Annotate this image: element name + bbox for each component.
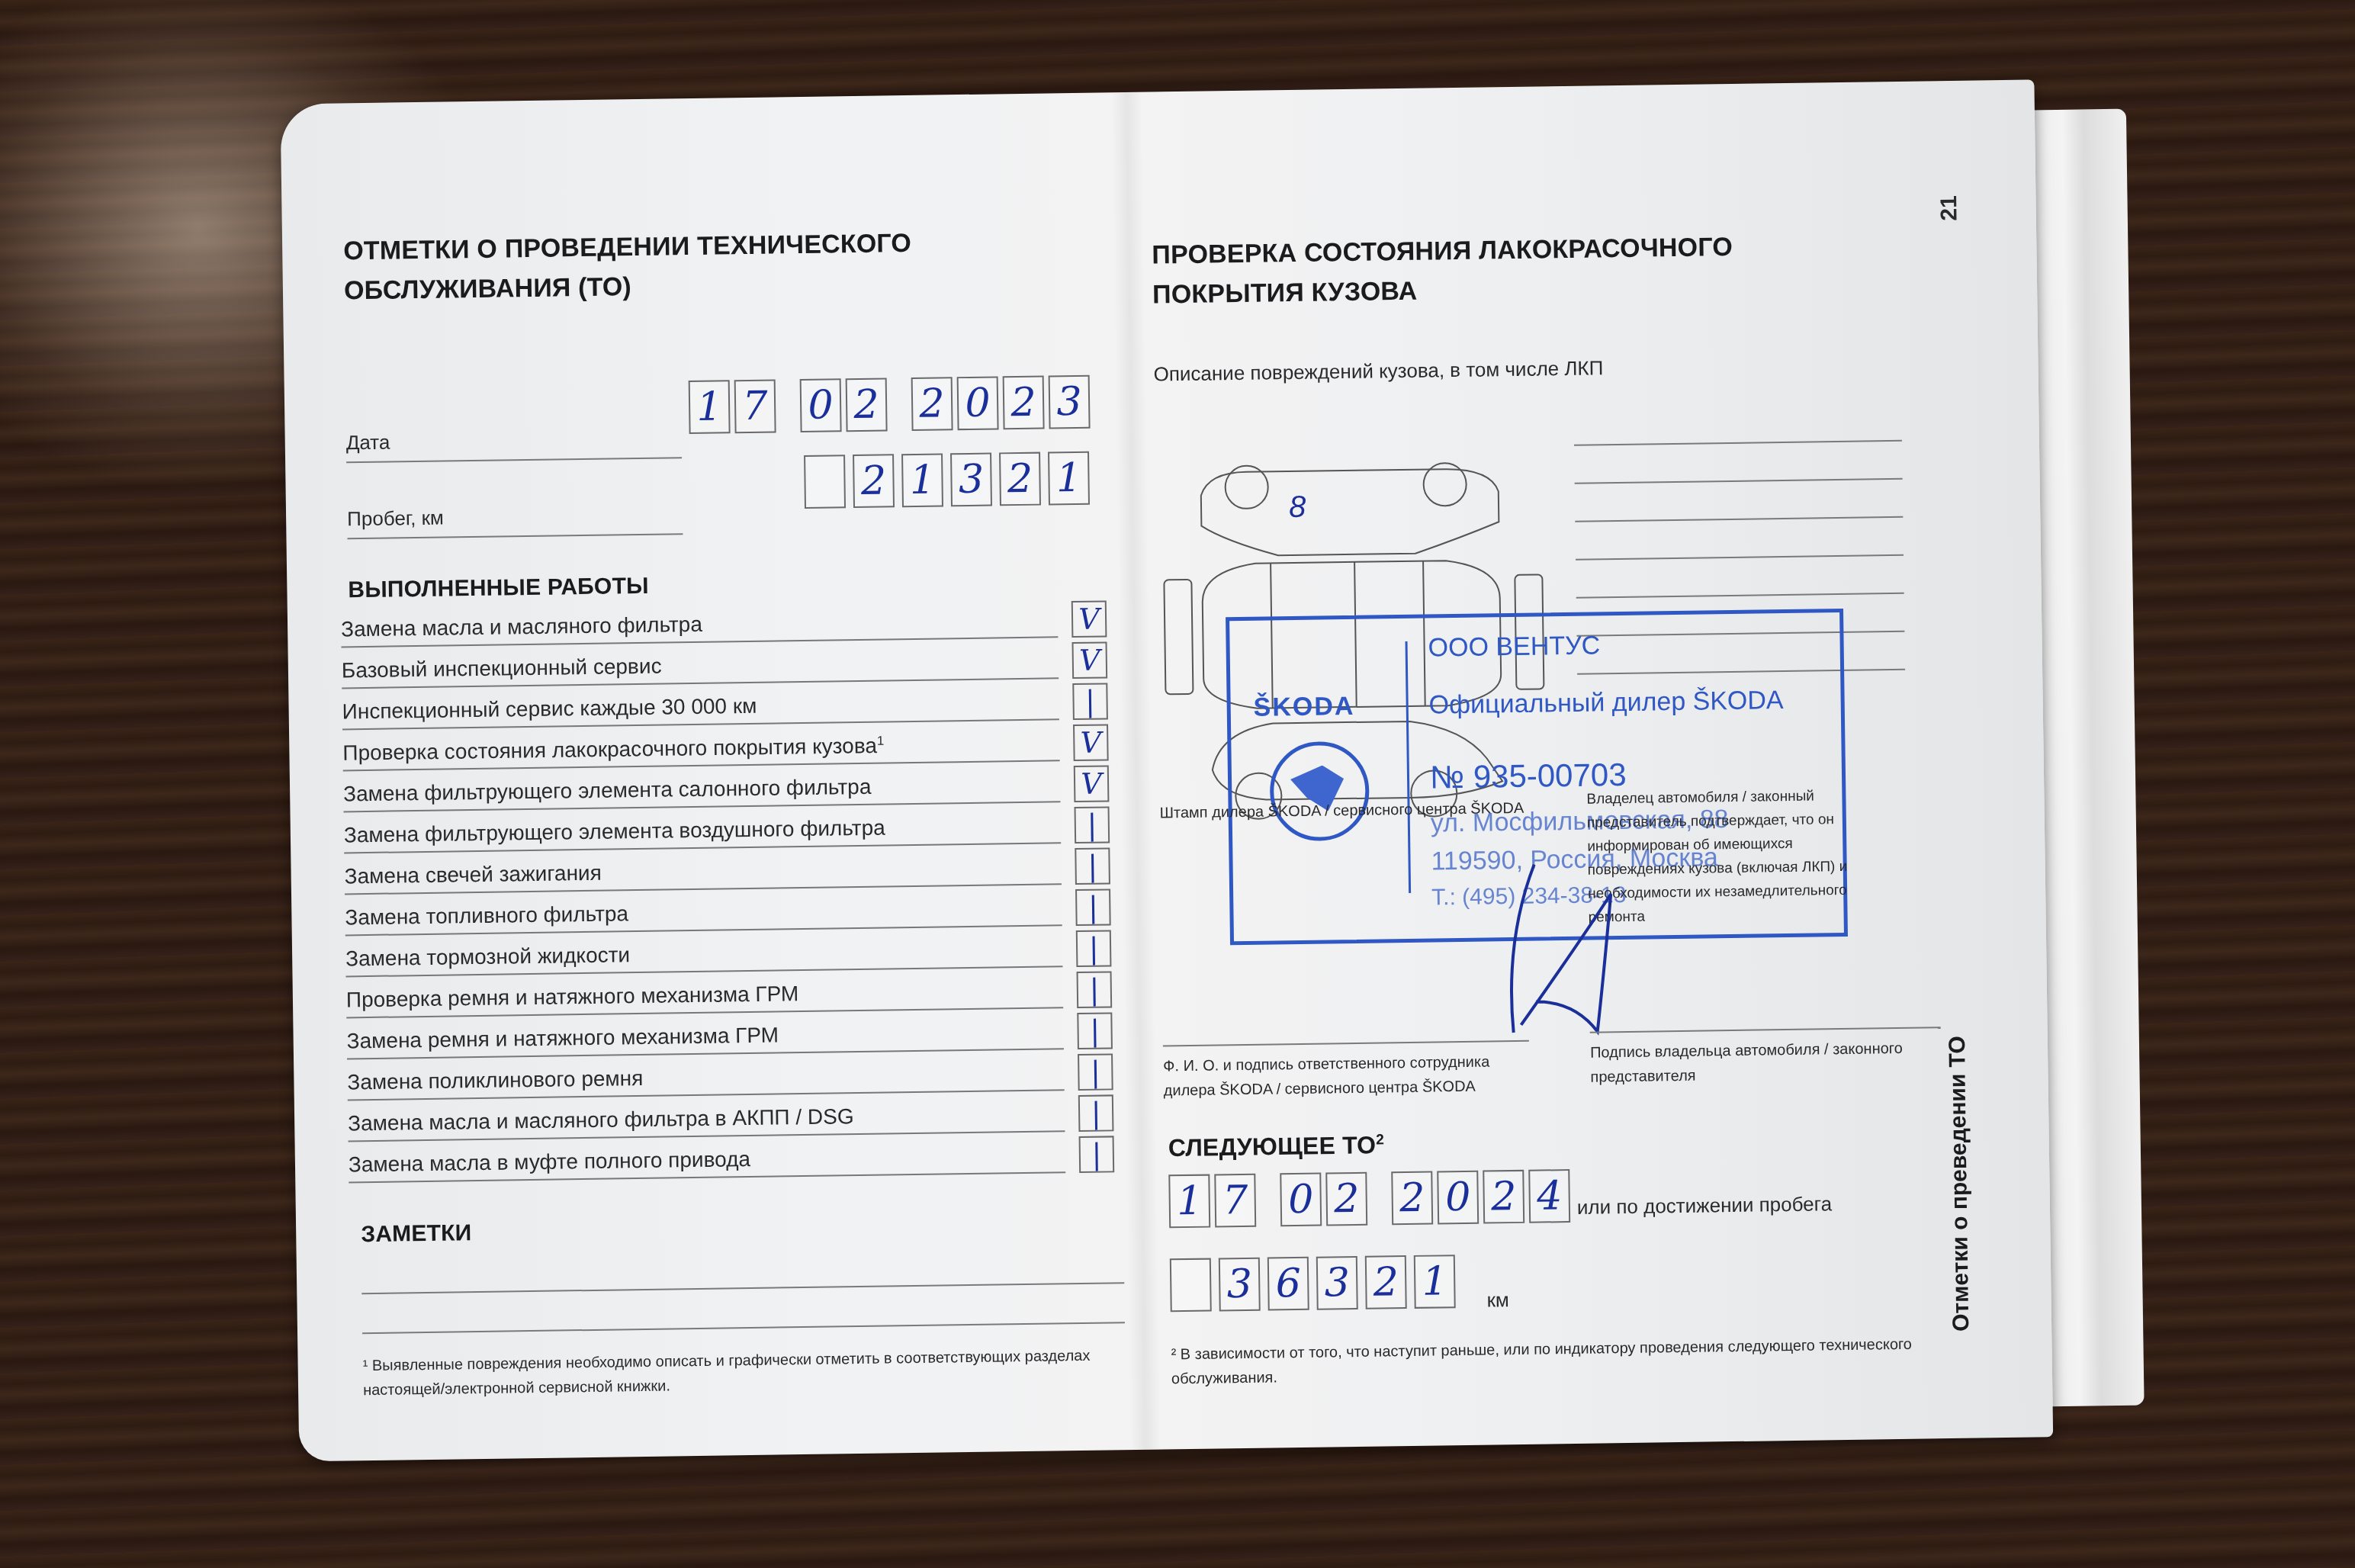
digit-cell[interactable]: 1 bbox=[689, 380, 731, 434]
digit-group: 2023 bbox=[911, 375, 1091, 431]
digit-cell[interactable]: 6 bbox=[1267, 1257, 1309, 1311]
damage-line-1[interactable] bbox=[1574, 440, 1902, 446]
notes-line-1[interactable] bbox=[361, 1282, 1124, 1294]
digit-cell[interactable]: 0 bbox=[1437, 1171, 1479, 1225]
digit-group: 2024 bbox=[1391, 1169, 1570, 1225]
work-item-checkbox[interactable]: | bbox=[1078, 1094, 1114, 1132]
work-item-checkbox[interactable]: V bbox=[1071, 600, 1107, 638]
next-to-title-text: СЛЕДУЮЩЕЕ ТО bbox=[1168, 1131, 1377, 1162]
damage-description-label: Описание повреждений кузова, в том числе… bbox=[1153, 356, 1603, 386]
mileage-rule bbox=[347, 533, 683, 539]
digit-cell[interactable]: 2 bbox=[853, 454, 895, 508]
digit-cell[interactable]: 3 bbox=[1049, 375, 1091, 429]
work-item-label: Замена свечей зажигания bbox=[344, 861, 602, 889]
digit-cell[interactable]: 2 bbox=[1365, 1255, 1407, 1309]
work-item-label: Проверка состояния лакокрасочного покрыт… bbox=[342, 733, 884, 765]
left-footnote: ¹ Выявленные повреждения необходимо опис… bbox=[362, 1343, 1133, 1403]
digit-cell[interactable] bbox=[1170, 1258, 1212, 1313]
or-mileage-label: или по достижении пробега bbox=[1577, 1192, 1833, 1219]
digit-group: 17 bbox=[1168, 1174, 1256, 1229]
work-item-checkbox[interactable]: | bbox=[1077, 1012, 1113, 1049]
left-title-line1: ОТМЕТКИ О ПРОВЕДЕНИИ ТЕХНИЧЕСКОГО bbox=[343, 225, 912, 269]
date-rule bbox=[346, 457, 682, 463]
stamp-brand: ŠKODA bbox=[1253, 692, 1354, 723]
damage-line-2[interactable] bbox=[1575, 478, 1903, 484]
left-title-line2: ОБСЛУЖИВАНИЯ (ТО) bbox=[344, 268, 632, 309]
owner-sign-label: Подпись владельца автомобиля / законного… bbox=[1590, 1036, 1942, 1089]
work-item-checkbox[interactable]: V bbox=[1074, 765, 1110, 802]
work-item-checkbox[interactable]: | bbox=[1072, 683, 1108, 720]
work-item-label: Замена масла и масляного фильтра bbox=[341, 612, 702, 642]
work-item-label: Инспекционный сервис каждые 30 000 км bbox=[342, 694, 757, 725]
mileage-label: Пробег, км bbox=[347, 506, 444, 532]
work-item-checkbox[interactable]: | bbox=[1076, 930, 1112, 967]
notes-line-2[interactable] bbox=[362, 1322, 1125, 1334]
employee-sign-label: Ф. И. О. и подпись ответственного сотруд… bbox=[1163, 1049, 1530, 1104]
digit-cell[interactable]: 2 bbox=[911, 377, 953, 431]
date-label: Дата bbox=[346, 431, 390, 455]
digit-cell[interactable]: 3 bbox=[1316, 1256, 1358, 1310]
side-section-tab: Отметки о преведении ТО bbox=[1945, 1036, 1974, 1332]
works-checklist: Замена масла и масляного фильтраVБазовый… bbox=[341, 596, 1111, 1183]
digit-cell[interactable]: 3 bbox=[950, 453, 992, 507]
stamp-dealer: Официальный дилер ŠKODA bbox=[1428, 686, 1783, 720]
work-item-label: Замена масла в муфте полного привода bbox=[349, 1147, 750, 1177]
work-item-label: Замена топливного фильтра bbox=[345, 901, 628, 930]
stamp-divider bbox=[1406, 641, 1412, 893]
next-mileage-field[interactable]: 36321 bbox=[1170, 1255, 1456, 1312]
digit-cell[interactable]: 2 bbox=[1003, 376, 1045, 430]
digit-cell[interactable]: 2 bbox=[999, 452, 1041, 506]
digit-cell[interactable]: 1 bbox=[901, 453, 943, 507]
digit-cell[interactable]: 7 bbox=[734, 379, 776, 433]
work-item-label: Замена масла и масляного фильтра в АКПП … bbox=[348, 1104, 854, 1136]
owner-statement: Владелец автомобиля / законный представи… bbox=[1586, 783, 1894, 930]
damage-mark: 8 bbox=[1289, 490, 1307, 524]
work-item-label: Замена тормозной жидкости bbox=[345, 943, 630, 971]
right-footnote: ² В зависимости от того, что наступит ра… bbox=[1171, 1332, 1934, 1391]
work-item-label: Замена фильтрующего элемента салонного ф… bbox=[343, 775, 872, 807]
work-item-label: Замена фильтрующего элемента воздушного … bbox=[344, 816, 885, 848]
employee-signature bbox=[1488, 848, 1628, 1048]
damage-line-3[interactable] bbox=[1575, 516, 1903, 522]
open-page-spread: ОТМЕТКИ О ПРОВЕДЕНИИ ТЕХНИЧЕСКОГО ОБСЛУЖ… bbox=[281, 79, 2054, 1461]
next-service-date-field[interactable]: 17022024 bbox=[1168, 1169, 1587, 1229]
damage-line-5[interactable] bbox=[1576, 593, 1904, 599]
digit-cell[interactable]: 2 bbox=[1483, 1170, 1524, 1224]
notes-title: ЗАМЕТКИ bbox=[361, 1215, 472, 1253]
service-date-field[interactable]: 17022023 bbox=[689, 374, 1107, 434]
work-item-label: Замена ремня и натяжного механизма ГРМ bbox=[346, 1023, 779, 1053]
digit-group: 17 bbox=[689, 379, 776, 434]
work-item-label: Замена поликлинового ремня bbox=[347, 1066, 643, 1094]
skoda-logo-icon bbox=[1269, 741, 1370, 842]
digit-group: 02 bbox=[1280, 1172, 1367, 1227]
digit-cell[interactable]: 3 bbox=[1219, 1258, 1261, 1312]
mileage-field[interactable]: 21321 bbox=[804, 451, 1090, 509]
work-item-checkbox[interactable]: V bbox=[1073, 724, 1109, 761]
km-label: км bbox=[1486, 1288, 1509, 1312]
digit-cell[interactable]: 1 bbox=[1048, 451, 1090, 506]
digit-cell[interactable]: 0 bbox=[1280, 1173, 1322, 1227]
digit-cell[interactable]: 0 bbox=[800, 378, 842, 432]
digit-cell[interactable]: 0 bbox=[957, 376, 999, 430]
work-item-checkbox[interactable]: | bbox=[1079, 1136, 1115, 1173]
service-book: ОТМЕТКИ О ПРОВЕДЕНИИ ТЕХНИЧЕСКОГО ОБСЛУЖ… bbox=[281, 79, 2092, 1477]
stamp-company: ООО ВЕНТУС bbox=[1428, 631, 1600, 663]
work-item-checkbox[interactable]: | bbox=[1078, 1053, 1113, 1091]
owner-sign-line[interactable] bbox=[1590, 1027, 1941, 1033]
work-item-label: Проверка ремня и натяжного механизма ГРМ bbox=[346, 982, 799, 1012]
digit-cell[interactable]: 7 bbox=[1214, 1174, 1256, 1228]
digit-cell[interactable] bbox=[804, 455, 846, 509]
employee-sign-line[interactable] bbox=[1163, 1040, 1529, 1047]
work-item-checkbox[interactable]: | bbox=[1077, 971, 1113, 1008]
work-item-checkbox[interactable]: | bbox=[1075, 847, 1110, 885]
page-number: 21 bbox=[1936, 195, 1962, 221]
work-item-label: Базовый инспекционный сервис bbox=[342, 654, 662, 683]
digit-group: 02 bbox=[800, 378, 888, 432]
right-title-line2: ПОКРЫТИЯ КУЗОВА bbox=[1152, 273, 1418, 313]
next-to-title: СЛЕДУЮЩЕЕ ТО2 bbox=[1168, 1122, 1384, 1166]
digit-cell[interactable]: 1 bbox=[1414, 1255, 1456, 1309]
work-item-checkbox[interactable]: | bbox=[1075, 806, 1110, 843]
footnote-ref: 1 bbox=[877, 733, 885, 747]
damage-line-4[interactable] bbox=[1576, 554, 1904, 561]
work-item-checkbox[interactable]: V bbox=[1072, 641, 1108, 679]
right-title-line1: ПРОВЕРКА СОСТОЯНИЯ ЛАКОКРАСОЧНОГО bbox=[1152, 229, 1733, 274]
stamp-label: Штамп дилера ŠKODA / сервисного центра Š… bbox=[1159, 796, 1525, 826]
digit-cell[interactable]: 1 bbox=[1168, 1174, 1210, 1229]
next-to-footnote-ref: 2 bbox=[1376, 1132, 1384, 1148]
work-item-checkbox[interactable]: | bbox=[1075, 888, 1111, 926]
digit-cell[interactable]: 4 bbox=[1528, 1169, 1570, 1223]
digit-cell[interactable]: 2 bbox=[846, 378, 888, 432]
digit-cell[interactable]: 2 bbox=[1391, 1171, 1433, 1226]
digit-cell[interactable]: 2 bbox=[1325, 1172, 1367, 1226]
